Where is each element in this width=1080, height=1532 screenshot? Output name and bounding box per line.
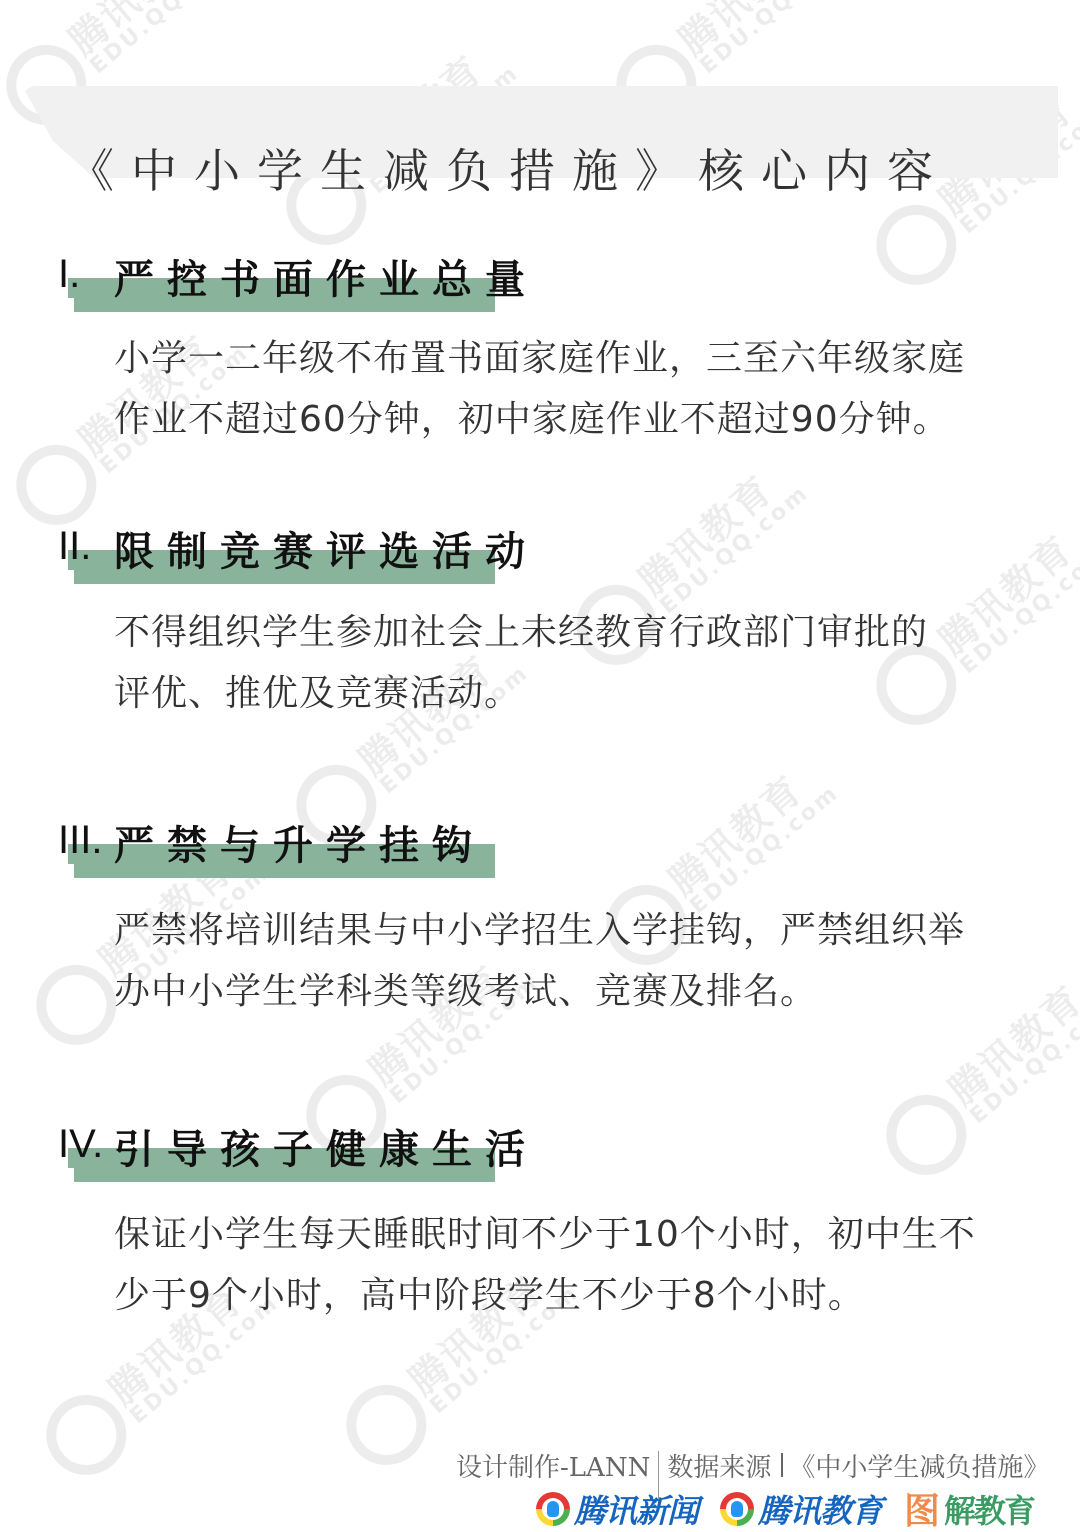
watermark-logo-icon bbox=[30, 1379, 143, 1492]
section-body: 保证小学生每天睡眠时间不少于10个小时，初中生不 少于9个小时，高中阶段学生不少… bbox=[114, 1204, 1034, 1326]
tujie-icon: 图 bbox=[904, 1483, 940, 1532]
section-1: I. 严控书面作业总量 小学一二年级不布置书面家庭作业，三至六年级家庭 作业不超… bbox=[0, 246, 1080, 310]
section-body: 小学一二年级不布置书面家庭作业，三至六年级家庭 作业不超过60分钟，初中家庭作业… bbox=[114, 328, 1034, 450]
section-title: 限制竞赛评选活动 bbox=[114, 520, 538, 577]
section-heading: II. 限制竞赛评选活动 bbox=[0, 518, 1080, 582]
section-title: 严禁与升学挂钩 bbox=[114, 814, 485, 871]
source-label: 数据来源 bbox=[667, 1447, 771, 1484]
body-line: 作业不超过60分钟，初中家庭作业不超过90分钟。 bbox=[114, 389, 1034, 450]
tencent-edu-logo: 腾讯教育 bbox=[720, 1486, 882, 1532]
section-number: II. bbox=[58, 524, 91, 569]
source-value: 《中小学生减负措施》 bbox=[789, 1447, 1049, 1484]
body-line: 少于9个小时，高中阶段学生不少于8个小时。 bbox=[114, 1265, 1034, 1326]
divider bbox=[781, 1453, 783, 1477]
tujie-edu-logo: 图 解教育 bbox=[904, 1483, 1034, 1532]
section-number: III. bbox=[58, 818, 102, 863]
body-line: 办中小学生学科类等级考试、竞赛及排名。 bbox=[114, 961, 1034, 1022]
section-body: 严禁将培训结果与中小学招生入学挂钩，严禁组织举 办中小学生学科类等级考试、竞赛及… bbox=[114, 900, 1034, 1022]
section-number: I. bbox=[58, 252, 80, 297]
footer-logos: 腾讯新闻 腾讯教育 图 解教育 bbox=[536, 1483, 1034, 1532]
body-line: 小学一二年级不布置书面家庭作业，三至六年级家庭 bbox=[114, 328, 1034, 389]
designer-credit: 设计制作-LANN bbox=[456, 1447, 650, 1484]
section-body: 不得组织学生参加社会上未经教育行政部门审批的 评优、推优及竞赛活动。 bbox=[114, 602, 1034, 724]
tencent-news-logo: 腾讯新闻 bbox=[536, 1486, 698, 1532]
tencent-edu-icon bbox=[720, 1492, 754, 1526]
section-4: IV. 引导孩子健康生活 保证小学生每天睡眠时间不少于10个小时，初中生不 少于… bbox=[0, 1116, 1080, 1180]
section-title: 严控书面作业总量 bbox=[114, 248, 538, 305]
section-heading: I. 严控书面作业总量 bbox=[0, 246, 1080, 310]
section-2: II. 限制竞赛评选活动 不得组织学生参加社会上未经教育行政部门审批的 评优、推… bbox=[0, 518, 1080, 582]
section-number: IV. bbox=[58, 1122, 103, 1167]
section-heading: IV. 引导孩子健康生活 bbox=[0, 1116, 1080, 1180]
watermark-logo-icon bbox=[330, 1369, 443, 1482]
body-line: 评优、推优及竞赛活动。 bbox=[114, 663, 1034, 724]
body-line: 严禁将培训结果与中小学招生入学挂钩，严禁组织举 bbox=[114, 900, 1034, 961]
body-line: 不得组织学生参加社会上未经教育行政部门审批的 bbox=[114, 602, 1034, 663]
body-line: 保证小学生每天睡眠时间不少于10个小时，初中生不 bbox=[114, 1204, 1034, 1265]
tencent-news-icon bbox=[536, 1492, 570, 1526]
section-title: 引导孩子健康生活 bbox=[114, 1118, 538, 1175]
page-title: 《中小学生减负措施》核心内容 bbox=[68, 135, 950, 201]
section-heading: III. 严禁与升学挂钩 bbox=[0, 812, 1080, 876]
section-3: III. 严禁与升学挂钩 严禁将培训结果与中小学招生入学挂钩，严禁组织举 办中小… bbox=[0, 812, 1080, 876]
